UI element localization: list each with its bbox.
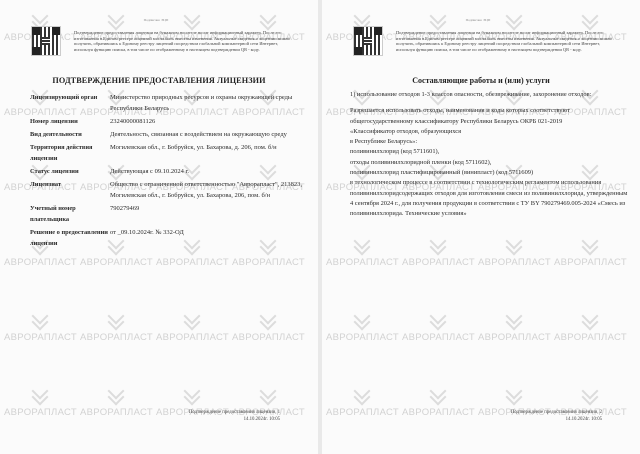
field-value: Министерство природных ресурсов и охраны…	[110, 92, 306, 114]
watermark-logo: АВРОРАПЛАСТ	[478, 308, 548, 343]
tree-logo-icon	[578, 308, 600, 330]
qr-code-icon	[354, 27, 382, 55]
watermark-logo: АВРОРАПЛАСТ	[4, 308, 74, 343]
tree-logo-icon	[180, 383, 202, 405]
watermark-logo: АВРОРАПЛАСТ	[156, 308, 226, 343]
page-footer: Подтверждение предоставления лицензии, 2…	[511, 410, 602, 423]
field-value: Действующая с 09.10.2024 г.	[110, 166, 306, 177]
field-label: Лицензиат	[30, 179, 110, 201]
field-label: Решение о предоставлении лицензии	[30, 227, 110, 249]
page-title: Составляющие работы и (или) услуги	[322, 76, 640, 85]
services-line: 4 сентября 2024 г., для получения продук…	[350, 199, 632, 220]
services-line: поливинилхлорид (код 5711601),	[350, 147, 632, 157]
field-label: Статус лицензии	[30, 166, 110, 177]
watermark-logo: АВРОРАПЛАСТ	[326, 233, 396, 268]
tree-logo-icon	[350, 233, 372, 255]
services-line: в Республике Беларусь»:	[350, 137, 632, 147]
services-intro: 1) использование отходов 1-3 классов опа…	[350, 90, 632, 100]
field-value: от _09.10.2024г. № 332-ОД	[110, 227, 306, 249]
services-line: в технологическом процессе в соответстви…	[350, 178, 632, 199]
page-title: ПОДТВЕРЖДЕНИЕ ПРЕДОСТАВЛЕНИЯ ЛИЦЕНЗИИ	[0, 76, 318, 85]
field-row: Номер лицензии23240000081126	[30, 116, 306, 127]
tree-logo-icon	[502, 308, 524, 330]
info-notice: Подтверждение предоставления лицензии на…	[396, 30, 618, 52]
watermark-logo: АВРОРАПЛАСТ	[402, 308, 472, 343]
field-label: Вид деятельности	[30, 129, 110, 140]
field-row: Статус лицензииДействующая с 09.10.2024 …	[30, 166, 306, 177]
field-label: Лицензирующий орган	[30, 92, 110, 114]
qr-code-icon	[32, 27, 60, 55]
footer-timestamp: 14.10.2024г. 10:05	[189, 417, 280, 424]
signature-stamp: Подписано ЭЦП	[136, 18, 176, 22]
tree-logo-icon	[426, 383, 448, 405]
services-line: поливинилхлорид пластифицированный (вини…	[350, 168, 632, 178]
watermark-logo: АВРОРАПЛАСТ	[4, 383, 74, 418]
watermark-logo: АВРОРАПЛАСТ	[232, 308, 302, 343]
tree-logo-icon	[28, 383, 50, 405]
field-row: Вид деятельностиДеятельность, связанная …	[30, 129, 306, 140]
field-value: Деятельность, связанная с воздействием н…	[110, 129, 306, 140]
tree-logo-icon	[578, 383, 600, 405]
watermark-logo: АВРОРАПЛАСТ	[402, 233, 472, 268]
info-notice: Подтверждение предоставления лицензии на…	[74, 30, 296, 52]
field-row: ЛицензиатОбщество с ограниченной ответст…	[30, 179, 306, 201]
tree-logo-icon	[426, 8, 448, 30]
tree-logo-icon	[426, 308, 448, 330]
tree-logo-icon	[426, 233, 448, 255]
watermark-logo: АВРОРАПЛАСТ	[80, 308, 150, 343]
watermark-logo: АВРОРАПЛАСТ	[326, 383, 396, 418]
watermark-logo: АВРОРАПЛАСТ	[554, 308, 624, 343]
footer-timestamp: 14.10.2024г. 10:05	[511, 417, 602, 424]
tree-logo-icon	[180, 8, 202, 30]
license-fields: Лицензирующий органМинистерство природны…	[30, 92, 306, 251]
tree-logo-icon	[502, 383, 524, 405]
tree-logo-icon	[104, 383, 126, 405]
watermark-logo: АВРОРАПЛАСТ	[478, 233, 548, 268]
footer-caption: Подтверждение предоставления лицензии, 1	[189, 410, 280, 417]
signature-stamp: Подписано ЭЦП	[458, 18, 498, 22]
field-row: Решение о предоставлении лицензииот _09.…	[30, 227, 306, 249]
tree-logo-icon	[256, 383, 278, 405]
footer-caption: Подтверждение предоставления лицензии, 2	[511, 410, 602, 417]
services-line: Разрешается использовать отходы, наимено…	[350, 106, 632, 127]
tree-logo-icon	[104, 8, 126, 30]
tree-logo-icon	[256, 308, 278, 330]
tree-logo-icon	[28, 308, 50, 330]
field-row: Учетный номер плательщика790279469	[30, 203, 306, 225]
watermark-logo: АВРОРАПЛАСТ	[326, 308, 396, 343]
watermark-logo: АВРОРАПЛАСТ	[80, 383, 150, 418]
tree-logo-icon	[502, 233, 524, 255]
field-value: Общество с ограниченной ответственностью…	[110, 179, 306, 201]
watermark-logo: АВРОРАПЛАСТ	[402, 383, 472, 418]
tree-logo-icon	[256, 8, 278, 30]
tree-logo-icon	[180, 308, 202, 330]
license-page-2: АВРОРАПЛАСТАВРОРАПЛАСТАВРОРАПЛАСТАВРОРАП…	[322, 0, 640, 454]
tree-logo-icon	[578, 233, 600, 255]
license-page-1: АВРОРАПЛАСТАВРОРАПЛАСТАВРОРАПЛАСТАВРОРАП…	[0, 0, 318, 454]
field-value: 790279469	[110, 203, 306, 225]
tree-logo-icon	[502, 8, 524, 30]
field-value: Могилевская обл., г. Бобруйск, ул. Бахар…	[110, 142, 306, 164]
watermark-logo: АВРОРАПЛАСТ	[554, 233, 624, 268]
field-label: Территория действия лицензии	[30, 142, 110, 164]
tree-logo-icon	[104, 308, 126, 330]
tree-logo-icon	[350, 308, 372, 330]
field-row: Территория действия лицензииМогилевская …	[30, 142, 306, 164]
watermark-layer: АВРОРАПЛАСТАВРОРАПЛАСТАВРОРАПЛАСТАВРОРАП…	[322, 0, 640, 454]
field-label: Учетный номер плательщика	[30, 203, 110, 225]
field-label: Номер лицензии	[30, 116, 110, 127]
field-value: 23240000081126	[110, 116, 306, 127]
tree-logo-icon	[350, 383, 372, 405]
services-line: «Классификатор отходов, образующихся	[350, 127, 632, 137]
tree-logo-icon	[578, 8, 600, 30]
services-line: отходы поливинилхлоридной пленки (код 57…	[350, 158, 632, 168]
page-footer: Подтверждение предоставления лицензии, 1…	[189, 410, 280, 423]
field-row: Лицензирующий органМинистерство природны…	[30, 92, 306, 114]
services-body: 1) использование отходов 1-3 классов опа…	[350, 90, 632, 220]
